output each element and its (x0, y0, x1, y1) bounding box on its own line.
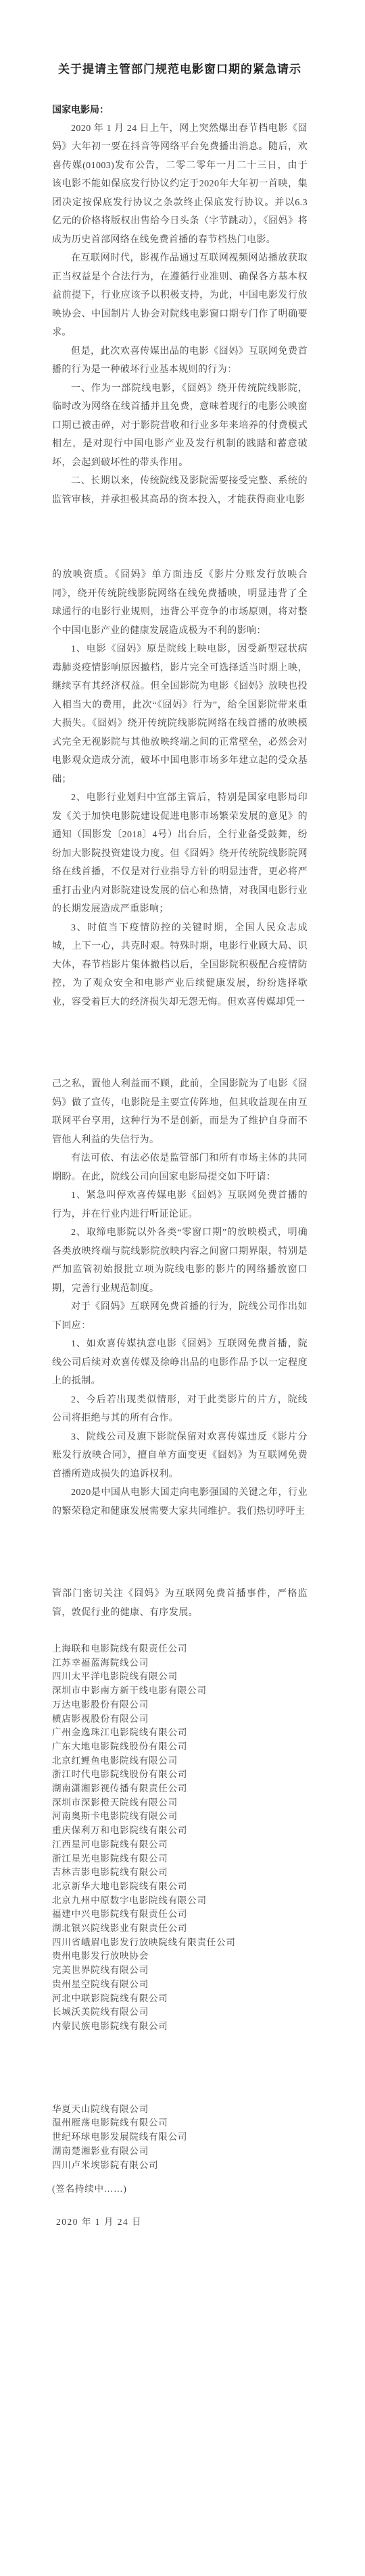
paragraph: 2、电影行业划归中宣部主管后，特别是国家电影局印发《关于加快电影院建设促进电影市… (52, 789, 308, 919)
signatory: 长城沃美院线有限公司 (52, 2005, 308, 2020)
signatory: 重庆保利万和电影院线有限公司 (52, 1824, 308, 1838)
salutation: 国家电影局： (52, 101, 308, 120)
paragraph: 2020 年 1 月 24 日上午，网上突然爆出春节档电影《囧妈》大年初一要在抖… (52, 120, 308, 250)
signatory: 湖北银兴院线影业有限责任公司 (52, 1922, 308, 1936)
page-3: 己之私，置他人利益而不顾，此前，全国影院为了电影《囧妈》做了宣传，电影院是主要宣… (0, 1075, 365, 1521)
paragraph: 但是，此次欢喜传媒出品的电影《囧妈》互联网免费首播的行为是一种破坏行业基本规则的… (52, 342, 308, 379)
paragraph: 3、院线公司及旗下影院保留对欢喜传媒违反《影片分账发行放映合同》，擅自单方面变更… (52, 1428, 308, 1484)
paragraph: 2020是中国从电影大国走向电影强国的关键之年，行业的繁荣稳定和健康发展需要大家… (52, 1483, 308, 1521)
paragraph: 管部门密切关注《囧妈》为互联网免费首播事件，严格监管，敦促行业的健康、有序发展。 (52, 1585, 308, 1622)
paragraph: 二、长期以来，传统院线及影院需要接受完整、系统的监管审核，并承担极其高昂的资本投… (52, 472, 308, 509)
signatory: 江西星河电影院线有限公司 (52, 1838, 308, 1852)
signatory: 深圳市中影南方新干线电影有限公司 (52, 1684, 308, 1698)
signatory: 北京新华大地电影院线有限公司 (52, 1880, 308, 1894)
page-4: 管部门密切关注《囧妈》为互联网免费首播事件，严格监管，敦促行业的健康、有序发展。… (0, 1585, 365, 2034)
paragraph: 1、如欢喜传媒执意电影《囧妈》互联网免费首播，院线公司后续对欢喜传媒及徐峥出品的… (52, 1335, 308, 1391)
signing-note: (签名持续中……) (52, 2182, 308, 2197)
signatory: 华夏天山院线有限公司 (52, 2103, 308, 2117)
signatory: 北京红鲤鱼电影院线有限公司 (52, 1754, 308, 1768)
signatory: 福建中兴电影院线有限责任公司 (52, 1908, 308, 1922)
page-4-body: 管部门密切关注《囧妈》为互联网免费首播事件，严格监管，敦促行业的健康、有序发展。 (52, 1585, 308, 1622)
signatory: 河北中联影院院线有限公司 (52, 1992, 308, 2006)
signatory-list-continued: 华夏天山院线有限公司温州雁荡电影院线有限公司世纪环球电影发展院线有限公司湖南楚湘… (52, 2103, 308, 2173)
signatory: 温州雁荡电影院线有限公司 (52, 2116, 308, 2130)
page-2-body: 的放映资质。《囧妈》单方面违反《影片分账发行放映合同》，绕开传统院线影院网络在线… (52, 566, 308, 1011)
page-2: 的放映资质。《囧妈》单方面违反《影片分账发行放映合同》，绕开传统院线影院网络在线… (0, 566, 365, 1011)
paragraph: 3、时值当下疫情防控的关键时期，全国人民众志成城，上下一心，共克时艰。特殊时期，… (52, 919, 308, 1012)
signatory: 浙江星光电影院线有限公司 (52, 1852, 308, 1866)
paragraph: 对于《囧妈》互联网免费首播的行为，院线公司作出如下回应： (52, 1298, 308, 1335)
signatory: 江苏幸福蓝海院线公司 (52, 1656, 308, 1671)
signatory: 湖南潇湘影视传播有限责任公司 (52, 1782, 308, 1796)
page-break-gap (0, 2034, 365, 2103)
signatory: 河南奥斯卡电影院线有限公司 (52, 1810, 308, 1824)
paragraph: 在互联网时代，影视作品通过互联网视频网站播放获取正当权益是个合法行为，在遵循行业… (52, 249, 308, 342)
document-title: 关于提请主管部门规范电影窗口期的紧急请示 (52, 61, 308, 78)
date-line: 2020 年 1 月 24 日 (52, 2215, 308, 2230)
paragraph: 有法可依、有法必依是监管部门和所有市场主体的共同期盼。在此，院线公司向国家电影局… (52, 1149, 308, 1186)
document-scroll: 关于提请主管部门规范电影窗口期的紧急请示 国家电影局： 2020 年 1 月 2… (0, 0, 365, 2576)
page-1: 关于提请主管部门规范电影窗口期的紧急请示 国家电影局： 2020 年 1 月 2… (0, 0, 365, 509)
paragraph: 己之私，置他人利益而不顾，此前，全国影院为了电影《囧妈》做了宣传，电影院是主要宣… (52, 1075, 308, 1149)
signatory: 北京九州中原数字电影院线有限公司 (52, 1894, 308, 1908)
paragraph: 2、取缔电影院以外各类“零窗口期”的放映模式，明确各类放映终端与院线影院放映内容… (52, 1224, 308, 1298)
paragraph: 1、紧急叫停欢喜传媒电影《囧妈》互联网免费首播的行为，并在行业内进行听证论证。 (52, 1186, 308, 1224)
signatory: 广州金逸珠江电影院线有限公司 (52, 1726, 308, 1740)
signatory: 四川省峨眉电影发行放映院线有限责任公司 (52, 1936, 308, 1950)
paragraph: 1、电影《囧妈》原是院线上映电影，因受新型冠状病毒肺炎疫情影响原因撤档，影片完全… (52, 640, 308, 789)
signatory: 世纪环球电影发展院线有限公司 (52, 2130, 308, 2145)
signatory: 完美世界院线有限公司 (52, 1964, 308, 1978)
signatory: 浙江时代电影院线股份有限公司 (52, 1768, 308, 1782)
signatory: 横店影视股份有限公司 (52, 1712, 308, 1727)
signatory: 湖南楚湘影业有限公司 (52, 2145, 308, 2159)
page-break-gap (0, 509, 365, 566)
page-break-gap (0, 1521, 365, 1585)
paragraph: 2、今后若出现类似情形，对于此类影片的片方，院线公司将拒绝与其的所有合作。 (52, 1391, 308, 1428)
signatory: 贵州电影发行放映协会 (52, 1949, 308, 1964)
paragraph: 的放映资质。《囧妈》单方面违反《影片分账发行放映合同》，绕开传统院线影院网络在线… (52, 566, 308, 640)
signatory: 内蒙民族电影院线有限公司 (52, 2020, 308, 2034)
signatory: 四川卢米埃影院有限公司 (52, 2159, 308, 2173)
signatory: 深圳市深影橙天院线有限公司 (52, 1796, 308, 1810)
signatory: 上海联和电影院线有限责任公司 (52, 1642, 308, 1656)
signatory: 万达电影股份有限公司 (52, 1698, 308, 1712)
paragraph: 一、作为一部院线电影，《囧妈》绕开传统院线影院，临时改为网络在线首播并且免费，意… (52, 379, 308, 473)
signatory: 四川太平洋电影院线有限公司 (52, 1670, 308, 1684)
page-3-body: 己之私，置他人利益而不顾，此前，全国影院为了电影《囧妈》做了宣传，电影院是主要宣… (52, 1075, 308, 1521)
signatory: 广东大地电影院线股份有限公司 (52, 1740, 308, 1754)
signatory: 贵州星空院线有限公司 (52, 1978, 308, 1992)
signatory: 吉林吉影电影院线有限公司 (52, 1866, 308, 1880)
signatory-list: 上海联和电影院线有限责任公司江苏幸福蓝海院线公司四川太平洋电影院线有限公司深圳市… (52, 1642, 308, 2034)
page-break-gap (0, 1011, 365, 1075)
page-1-body: 2020 年 1 月 24 日上午，网上突然爆出春节档电影《囧妈》大年初一要在抖… (52, 120, 308, 510)
page-5: 华夏天山院线有限公司温州雁荡电影院线有限公司世纪环球电影发展院线有限公司湖南楚湘… (0, 2103, 365, 2230)
